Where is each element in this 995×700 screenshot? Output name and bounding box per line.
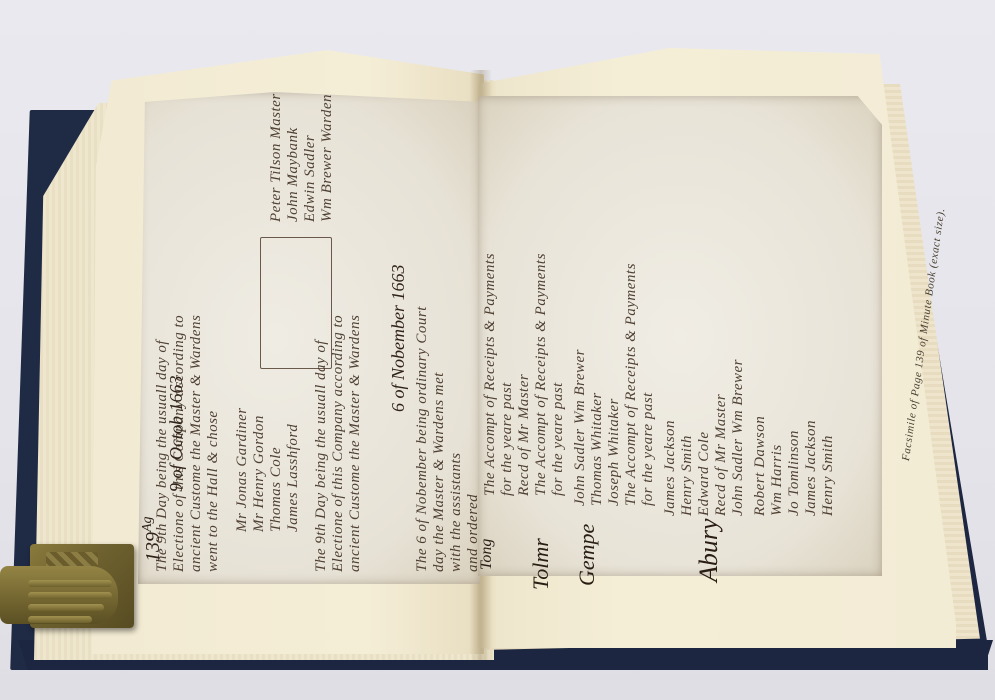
ms-text-column: John Sadler Wm Brewer Thomas Whitaker Jo…: [572, 263, 657, 506]
bookweight-finger: [28, 604, 104, 611]
left-facsimile-plate: 139 9 of Octob 1663 The 9th Day being th…: [138, 92, 480, 584]
brass-hand-bookweight: [0, 540, 140, 632]
bookweight-finger: [28, 580, 112, 587]
right-facsimile-plate: The Accompt of Receipts & Payments for t…: [478, 96, 882, 576]
ms-text-column: The 9th Day being the usuall day of Elec…: [154, 315, 222, 572]
signature: Gempe: [574, 524, 600, 586]
ms-text-column: James Jackson Henry Smith Edward Cole Re…: [662, 359, 747, 516]
signature: Abury: [694, 518, 724, 582]
ms-text-column: The Accompt of Receipts & Payments for t…: [482, 253, 567, 496]
photo-scene: 139 9 of Octob 1663 The 9th Day being th…: [0, 0, 995, 700]
signature: Tong: [478, 539, 496, 570]
ms-text-column: Peter Tilson Master John Maybank Edwin S…: [268, 92, 336, 222]
ms-margin-mark: Ag: [140, 516, 156, 532]
signature: Tolmr: [528, 538, 554, 590]
bookweight-finger: [28, 616, 92, 623]
ms-text-column: The 6 of Nobember being ordinary Court d…: [414, 306, 480, 572]
ms-text-column: The 9th Day being the usuall day of Elec…: [313, 315, 364, 572]
ms-text-column: Mr Jonas Gardiner Mr Henry Gordon Thomas…: [234, 407, 302, 532]
ms-text-column: Robert Dawson Wm Harris Jo Tomlinson Jam…: [752, 416, 837, 516]
bookweight-finger: [28, 592, 112, 599]
ms-court-date: 6 of Nobember 1663: [388, 265, 409, 413]
